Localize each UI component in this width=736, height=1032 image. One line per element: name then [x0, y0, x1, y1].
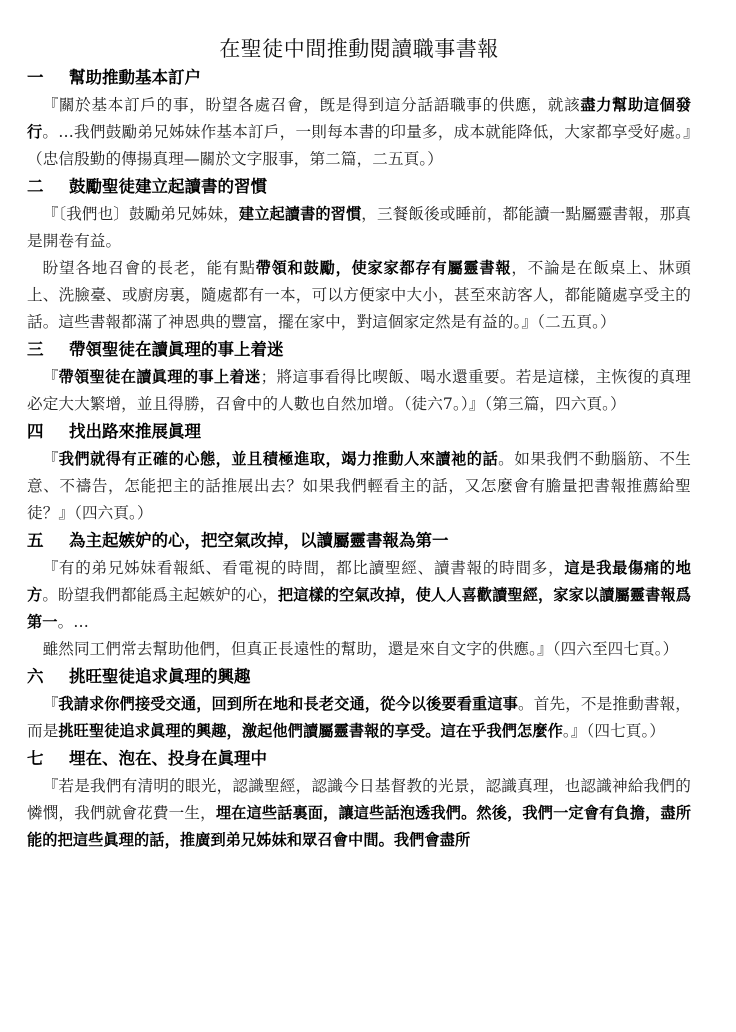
section-heading-text: 挑旺聖徒追求眞理的興趣	[69, 667, 251, 686]
section-heading-text: 帶領聖徒在讀眞理的事上着迷	[69, 340, 284, 359]
emphasized-text: 我們就得有正確的心態，並且積極進取，竭力推動人來讀祂的話	[59, 450, 498, 468]
body-text: 『關於基本訂戶的事，盼望各處召會，旣是得到這分話語職事的供應，就該	[43, 96, 581, 114]
paragraph: 『帶領聖徒在讀眞理的事上着迷；將這事看得比喫飯、喝水還重要。若是這樣，主恢復的真…	[27, 364, 691, 418]
section-6: 六挑旺聖徒追求眞理的興趣 『我請求你們接受交通，回到所在地和長老交通，從今以後要…	[27, 663, 691, 745]
section-number: 五	[27, 527, 69, 555]
emphasized-text: 建立起讀書的習慣	[239, 205, 361, 223]
section-heading-text: 幫助推動基本訂户	[69, 68, 201, 87]
body-text: 『〔我們也〕鼓勵弟兄姊妹，	[43, 205, 239, 223]
body-text: 。』（四七頁。）	[563, 722, 665, 740]
section-4: 四找出路來推展眞理 『我們就得有正確的心態，並且積極進取，竭力推動人來讀祂的話。…	[27, 418, 691, 527]
paragraph: 『關於基本訂戶的事，盼望各處召會，旣是得到這分話語職事的供應，就該盡力幫助這個發…	[27, 92, 691, 173]
body-text: 『	[43, 450, 59, 468]
section-number: 一	[27, 64, 69, 92]
emphasized-text: 挑旺聖徒追求眞理的興趣，激起他們讀屬靈書報的享受。這在乎我們怎麼作	[58, 722, 563, 740]
section-heading: 四找出路來推展眞理	[27, 418, 691, 446]
emphasized-text: 帶領和鼓勵，使家家都存有屬靈書報	[256, 259, 512, 277]
body-text: 。盼望我們都能爲主起嫉妒的心，	[42, 586, 278, 604]
section-heading: 二鼓勵聖徒建立起讀書的習慣	[27, 173, 691, 201]
section-heading: 六挑旺聖徒追求眞理的興趣	[27, 663, 691, 691]
section-3: 三帶領聖徒在讀眞理的事上着迷 『帶領聖徒在讀眞理的事上着迷；將這事看得比喫飯、喝…	[27, 336, 691, 418]
section-number: 二	[27, 173, 69, 201]
section-heading: 七埋在、泡在、投身在眞理中	[27, 745, 691, 773]
paragraph: 『若是我們有清明的眼光，認識聖經，認識今日基督教的光景，認識真理，也認識神給我們…	[27, 773, 691, 854]
document-title: 在聖徒中間推動閱讀職事書報	[27, 34, 691, 64]
emphasized-text: 帶領聖徒在讀眞理的事上着迷	[59, 368, 261, 386]
emphasized-text: 我請求你們接受交通，回到所在地和長老交通，從今以後要看重這事	[58, 695, 518, 713]
paragraph: 『我請求你們接受交通，回到所在地和長老交通，從今以後要看重這事。首先，不是推動書…	[27, 691, 691, 745]
section-7: 七埋在、泡在、投身在眞理中 『若是我們有清明的眼光，認識聖經，認識今日基督教的光…	[27, 745, 691, 854]
paragraph: 『有的弟兄姊妹看報紙、看電視的時間，都比讀聖經、讀書報的時間多，這是我最傷痛的地…	[27, 555, 691, 636]
section-heading-text: 埋在、泡在、投身在眞理中	[69, 749, 267, 768]
section-heading-text: 為主起嫉妒的心，把空氣改掉，以讀屬靈書報為第一	[69, 531, 449, 550]
paragraph: 『我們就得有正確的心態，並且積極進取，竭力推動人來讀祂的話。如果我們不動腦筋、不…	[27, 446, 691, 527]
section-number: 七	[27, 745, 69, 773]
section-heading: 三帶領聖徒在讀眞理的事上着迷	[27, 336, 691, 364]
section-number: 三	[27, 336, 69, 364]
sections-container: 一幫助推動基本訂户 『關於基本訂戶的事，盼望各處召會，旣是得到這分話語職事的供應…	[27, 64, 691, 854]
paragraph: 雖然同工們常去幫助他們，但真正長遠性的幫助，還是來自文字的供應。』（四六至四七頁…	[27, 636, 691, 663]
body-text: 『	[43, 368, 59, 386]
section-5: 五為主起嫉妒的心，把空氣改掉，以讀屬靈書報為第一 『有的弟兄姊妹看報紙、看電視的…	[27, 527, 691, 663]
section-heading-text: 鼓勵聖徒建立起讀書的習慣	[69, 177, 267, 196]
section-1: 一幫助推動基本訂户 『關於基本訂戶的事，盼望各處召會，旣是得到這分話語職事的供應…	[27, 64, 691, 173]
section-number: 四	[27, 418, 69, 446]
section-number: 六	[27, 663, 69, 691]
body-text: 。…	[58, 613, 89, 631]
document-page: 在聖徒中間推動閱讀職事書報 一幫助推動基本訂户 『關於基本訂戶的事，盼望各處召會…	[27, 0, 691, 854]
body-text: 盼望各地召會的長老，能有點	[43, 259, 256, 277]
body-text: 『有的弟兄姊妹看報紙、看電視的時間，都比讀聖經、讀書報的時間多，	[43, 559, 565, 577]
body-text: 『	[43, 695, 59, 713]
body-text: 雖然同工們常去幫助他們，但真正長遠性的幫助，還是來自文字的供應。』（四六至四七頁…	[43, 640, 679, 658]
section-heading: 一幫助推動基本訂户	[27, 64, 691, 92]
section-2: 二鼓勵聖徒建立起讀書的習慣 『〔我們也〕鼓勵弟兄姊妹，建立起讀書的習慣，三餐飯後…	[27, 173, 691, 336]
paragraph: 『〔我們也〕鼓勵弟兄姊妹，建立起讀書的習慣，三餐飯後或睡前，都能讀一點屬靈書報，…	[27, 201, 691, 255]
section-heading-text: 找出路來推展眞理	[69, 422, 201, 441]
body-text: 。…我們鼓勵弟兄姊妹作基本訂戶，一則每本書的印量多，成本就能降低，大家都享受好處…	[27, 123, 691, 168]
section-heading: 五為主起嫉妒的心，把空氣改掉，以讀屬靈書報為第一	[27, 527, 691, 555]
paragraph: 盼望各地召會的長老，能有點帶領和鼓勵，使家家都存有屬靈書報，不論是在飯桌上、牀頭…	[27, 255, 691, 336]
